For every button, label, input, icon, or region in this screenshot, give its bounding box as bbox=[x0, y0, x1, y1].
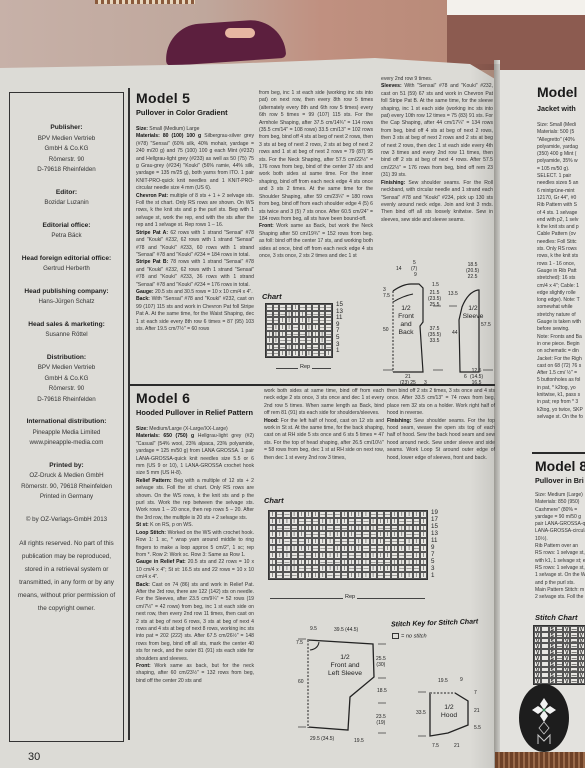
imprint-heading: Publisher: bbox=[10, 123, 123, 134]
chart-cell: — bbox=[279, 311, 286, 318]
instruction-paragraph: every 2nd row 9 times. bbox=[381, 76, 493, 83]
chart-cell: I bbox=[312, 331, 319, 338]
paragraph-text: Hellgrau-light grey (#2) "Casual" (54% w… bbox=[136, 433, 254, 476]
model8-instructions: Size: Medium (Large)Materials: 850 (950)… bbox=[535, 492, 585, 601]
chart-cell: I bbox=[319, 565, 326, 572]
model6-subtitle: Hooded Pullover in Relief Pattern bbox=[136, 408, 254, 418]
imprint-block: Editor:Bozidar Luzanin bbox=[10, 188, 123, 209]
section-divider bbox=[130, 384, 495, 386]
chart-cell: — bbox=[377, 545, 384, 552]
chart-cell: I bbox=[298, 559, 305, 566]
front-back-label: 1/2FrontandBack bbox=[398, 305, 414, 337]
text-line: cast on 68 (72) 76 s bbox=[537, 363, 585, 370]
chart-cell: — bbox=[370, 559, 377, 566]
chart-cell: — bbox=[325, 311, 332, 318]
text-line: SELECT. 1 pair bbox=[537, 173, 585, 180]
chart-cell: — bbox=[312, 311, 319, 318]
watermark-logo bbox=[519, 684, 569, 752]
chart-cell: — bbox=[348, 565, 355, 572]
dim-label: 1.5 bbox=[432, 282, 439, 288]
dim-label: 13.5 bbox=[448, 291, 458, 297]
chart-cell: I bbox=[319, 572, 326, 579]
chart-cell: I bbox=[286, 344, 293, 351]
text-line: Rib Pattern with S bbox=[537, 202, 585, 209]
model6-column-1: Model 6 Hooded Pullover in Relief Patter… bbox=[136, 390, 254, 685]
text-line: Note: Fronts and Ba bbox=[537, 334, 585, 341]
chart-cell: I bbox=[384, 518, 391, 525]
front-sleeve-label: 1/2Front andLeft Sleeve bbox=[320, 654, 370, 678]
chart-cell: I bbox=[326, 518, 333, 525]
chart-cell: — bbox=[312, 531, 319, 538]
chart-cell: I bbox=[286, 311, 293, 318]
paragraph-label: Stripe Pat A: bbox=[136, 230, 168, 236]
text-line: polyamide, yardag bbox=[537, 144, 585, 151]
chart-cell: I bbox=[273, 337, 280, 344]
chart-cell: I bbox=[334, 545, 341, 552]
chart-cell: I bbox=[420, 518, 427, 525]
dim-label: 21 bbox=[454, 743, 460, 749]
chart-cell: I bbox=[283, 531, 290, 538]
diamond-flower-icon bbox=[519, 684, 569, 752]
chart-cell: — bbox=[326, 545, 333, 552]
imprint-block: Head sales & marketing:Susanne Röttel bbox=[10, 320, 123, 341]
chart-cell: I bbox=[269, 552, 276, 559]
chart-cell: I bbox=[312, 572, 319, 579]
chart-cell: I bbox=[319, 337, 326, 344]
chart-cell: I bbox=[319, 538, 326, 545]
chart-cell: I bbox=[348, 559, 355, 566]
chart-cell: I bbox=[305, 538, 312, 545]
chart-cell: — bbox=[273, 350, 280, 357]
paragraph-label: Size: bbox=[136, 426, 148, 432]
chart-cell: I bbox=[273, 331, 280, 338]
chart-cell: I bbox=[286, 324, 293, 331]
chart-cell: — bbox=[312, 350, 319, 357]
chart-cell: I bbox=[276, 518, 283, 525]
chart-cell: — bbox=[305, 565, 312, 572]
chart-cell: I bbox=[341, 545, 348, 552]
chart-cell: — bbox=[319, 324, 326, 331]
chart-cell: — bbox=[276, 525, 283, 532]
chart-cell: I bbox=[276, 565, 283, 572]
chart-cell: — bbox=[405, 565, 412, 572]
chart-cell: I bbox=[341, 559, 348, 566]
paragraph-text: Work same as Back, but work the Neck Sha… bbox=[259, 223, 373, 259]
chart-cell: — bbox=[312, 317, 319, 324]
instruction-paragraph: Materials: 80 (100) 100 g Silbergrau-sil… bbox=[136, 133, 254, 192]
chart-cell: I bbox=[341, 518, 348, 525]
paragraph-text: every 2nd row 9 times. bbox=[381, 76, 432, 82]
text-line: Materials: 500 (5 bbox=[537, 129, 585, 136]
chart-cell: — bbox=[266, 304, 273, 311]
imprint-line: Pineapple Media Limited bbox=[10, 428, 123, 439]
chart-cell: — bbox=[298, 552, 305, 559]
text-line: polyamide, 35% w bbox=[537, 158, 585, 165]
instruction-paragraph: Back: With "Sensai" #78 and "Kouki" #232… bbox=[136, 296, 254, 333]
dim-label: 7 bbox=[474, 690, 477, 696]
imprint-line: BPV Medien Vertrieb bbox=[10, 363, 123, 374]
imprint-heading: International distribution: bbox=[10, 417, 123, 428]
chart-cell: I bbox=[413, 511, 420, 518]
chart-cell: — bbox=[413, 545, 420, 552]
chart-cell: I bbox=[370, 525, 377, 532]
chart-cell: I bbox=[370, 565, 377, 572]
chart-cell: I bbox=[291, 511, 298, 518]
chart-cell: I bbox=[341, 511, 348, 518]
text-line: 1 selvage st. On the W bbox=[535, 572, 585, 579]
text-line: Size: Small (Medi bbox=[537, 122, 585, 129]
text-line: rows, k the knit sts bbox=[537, 253, 585, 260]
model8-subtitle: Pullover in Bri bbox=[535, 476, 584, 485]
chart-cell: I bbox=[326, 565, 333, 572]
text-line: and p the purl sts. bbox=[535, 580, 585, 587]
model6-stitch-chart: I——IIII———IIII———IIIIIIIII———IIII———IIII… bbox=[268, 510, 428, 580]
chart-cell: — bbox=[319, 531, 326, 538]
paragraph-text: K on RS, p on WS. bbox=[149, 522, 193, 528]
paragraph-label: Sleeves: bbox=[381, 83, 402, 89]
text-line: with k1, 1 selvage st; e bbox=[535, 558, 585, 565]
paragraph-label: St st: bbox=[136, 522, 149, 528]
chart-cell: I bbox=[269, 572, 276, 579]
paragraph-text: Medium/Large (X-Large/XX-Large) bbox=[148, 426, 228, 432]
chart-cell: I bbox=[292, 304, 299, 311]
chart-cell: — bbox=[286, 304, 293, 311]
chart-cell: — bbox=[273, 344, 280, 351]
chart-cell: — bbox=[283, 511, 290, 518]
chart-cell: I bbox=[334, 518, 341, 525]
dim-label: 19.5 bbox=[354, 738, 364, 744]
imprint-heading: Editor: bbox=[10, 188, 123, 199]
chart-cell: — bbox=[305, 552, 312, 559]
chart-cell: — bbox=[305, 518, 312, 525]
chart-cell: — bbox=[355, 565, 362, 572]
text-line: sts. Only RS rows bbox=[537, 246, 585, 253]
row-number: 7 bbox=[431, 551, 438, 558]
dim-body: 37.5(35.5)33.5 bbox=[428, 326, 441, 344]
imprint-block: Editorial office:Petra Bäck bbox=[10, 221, 123, 242]
dim-lower: 23.5(19) bbox=[376, 714, 386, 726]
instruction-paragraph: Size: Medium/Large (X-Large/XX-Large) bbox=[136, 426, 254, 433]
chart-cell: I bbox=[398, 525, 405, 532]
chart-cell: I bbox=[326, 538, 333, 545]
chart-cell: — bbox=[325, 337, 332, 344]
chart-cell: I bbox=[276, 531, 283, 538]
chart-cell: — bbox=[299, 304, 306, 311]
chart-cell: I bbox=[269, 545, 276, 552]
text-line: Cashmere" (80% = bbox=[535, 507, 585, 514]
dim-label: 9 bbox=[460, 677, 463, 683]
paragraph-label: Materials: 80 (100) 100 g bbox=[136, 133, 201, 139]
chart-cell: I bbox=[291, 559, 298, 566]
chart-cell: I bbox=[420, 545, 427, 552]
chart-cell: — bbox=[298, 565, 305, 572]
chart-cell: I bbox=[348, 525, 355, 532]
chart-cell: I bbox=[420, 525, 427, 532]
chart-cell: — bbox=[312, 304, 319, 311]
chart-cell: — bbox=[279, 337, 286, 344]
chart-cell: I bbox=[286, 350, 293, 357]
chart-cell: I bbox=[283, 545, 290, 552]
text-line: Rib Pattern over an bbox=[535, 543, 585, 550]
model5-stitch-chart: ————I————————III——————IIIII————III—III——… bbox=[265, 303, 333, 358]
text-line: end with p2, 1 selv bbox=[537, 217, 585, 224]
chart-cell: I bbox=[398, 545, 405, 552]
chart-cell: I bbox=[370, 518, 377, 525]
chart-cell: — bbox=[305, 531, 312, 538]
chart-cell: I bbox=[391, 518, 398, 525]
text-line: in pat, * k2tog, yo bbox=[537, 385, 585, 392]
chart-cell: — bbox=[348, 552, 355, 559]
text-line: k2tog, yo twice, SKP bbox=[537, 407, 585, 414]
instruction-paragraph: Size: Small (Medium) Large bbox=[136, 126, 254, 133]
chart-cell: — bbox=[299, 331, 306, 338]
paragraph-text: from beg, inc 1 st each side (working in… bbox=[259, 90, 373, 222]
paragraph-text: Sew shoulder seams. For the Roll neckban… bbox=[381, 180, 493, 223]
rights-line: means, without prior permission of bbox=[10, 589, 123, 602]
paragraph-label: Finishing: bbox=[387, 418, 411, 424]
chart-cell: I bbox=[299, 317, 306, 324]
chart-cell: — bbox=[325, 304, 332, 311]
chart-cell: I bbox=[384, 531, 391, 538]
chart-cell: — bbox=[362, 531, 369, 538]
column-rule bbox=[128, 88, 130, 740]
paragraph-label: Gauge: bbox=[136, 289, 154, 295]
chart-cell: I bbox=[286, 317, 293, 324]
chart-cell: I bbox=[273, 324, 280, 331]
text-line: 10½). bbox=[535, 536, 585, 543]
text-line: rows 1 - 16 once, bbox=[537, 261, 585, 268]
chart-cell: — bbox=[279, 344, 286, 351]
chart-cell: I bbox=[298, 545, 305, 552]
instruction-paragraph: Chevron Pat: multiple of 8 sts + 1 + 2 s… bbox=[136, 193, 254, 230]
chart-cell: I bbox=[362, 559, 369, 566]
chart-cell: I bbox=[341, 565, 348, 572]
instruction-paragraph: Gauge: 20.5 sts and 30.5 rows = 10 x 10 … bbox=[136, 289, 254, 296]
model6-title: Model 6 bbox=[136, 390, 254, 406]
dim-sleeve-top: 18.5(20.5)22.5 bbox=[466, 262, 479, 280]
dim-label: 39.5 (44.5) bbox=[334, 627, 358, 633]
text-line: 12170, Gr 44", #0 bbox=[537, 195, 585, 202]
chart-cell: — bbox=[325, 317, 332, 324]
instruction-paragraph: Gauge in Relief Pat: 20.5 sts and 22 row… bbox=[136, 559, 254, 581]
chart-cell: I bbox=[292, 350, 299, 357]
paragraph-text: Silbergrau-silver grey (#78) "Sensai" (6… bbox=[136, 133, 254, 191]
chart-cell: — bbox=[312, 545, 319, 552]
chart-cell: I bbox=[269, 565, 276, 572]
chart-cell: I bbox=[362, 538, 369, 545]
dim-label: 19.5 bbox=[438, 678, 448, 684]
model6-rep-label: Rep bbox=[343, 594, 357, 600]
chart-cell: I bbox=[355, 511, 362, 518]
chart-cell: I bbox=[391, 531, 398, 538]
chart-cell: I bbox=[377, 565, 384, 572]
imprint-block: Printed by:OZ-Druck & Medien GmbHRömerst… bbox=[10, 461, 123, 503]
chart-cell: I bbox=[266, 344, 273, 351]
row-number: 1 bbox=[336, 348, 343, 355]
section-divider bbox=[532, 452, 585, 454]
chart-cell: I bbox=[391, 565, 398, 572]
model5-instructions: Size: Small (Medium) LargeMaterials: 80 … bbox=[136, 126, 254, 333]
chart-cell: — bbox=[312, 344, 319, 351]
chart-cell: — bbox=[286, 331, 293, 338]
text-line: After 1.5 cm/ ½" = bbox=[537, 370, 585, 377]
instruction-paragraph: Stripe Pat B: 78 rows with 1 strand "Sen… bbox=[136, 259, 254, 289]
model6-column-2: work both sides at same time, bind off f… bbox=[264, 388, 384, 462]
instruction-paragraph: Finishing: Sew shoulder seams. For the t… bbox=[387, 418, 495, 462]
chart-cell: I bbox=[384, 552, 391, 559]
text-line: yardage = 90 m/50 g bbox=[535, 514, 585, 521]
model6-column-3: then bind off 2 sts 2 times, 3 sts once … bbox=[387, 388, 495, 462]
chart-cell: — bbox=[413, 518, 420, 525]
chart-cell: I bbox=[355, 538, 362, 545]
dim-label: 44 bbox=[452, 330, 458, 336]
chart-cell: I bbox=[305, 572, 312, 579]
chart-cell: I bbox=[420, 565, 427, 572]
chart-cell: — bbox=[319, 317, 326, 324]
chart-cell: I bbox=[319, 344, 326, 351]
text-line: Materials: 850 (950) bbox=[535, 499, 585, 506]
chart-cell: — bbox=[326, 572, 333, 579]
row-number: 3 bbox=[431, 565, 438, 572]
chart-cell: I bbox=[413, 559, 420, 566]
chart-cell: — bbox=[325, 331, 332, 338]
chart-cell: — bbox=[283, 559, 290, 566]
chart-cell: — bbox=[326, 525, 333, 532]
paragraph-text: For the left half of hood, cast on 12 st… bbox=[264, 418, 384, 461]
paragraph-label: Stripe Pat B: bbox=[136, 259, 168, 265]
instruction-paragraph: Finishing: Sew shoulder seams. For the R… bbox=[381, 180, 493, 224]
model8-stitch-chart: VS—V—VVS—V—VVS—V—VVS—V—VVS—V—VVS—V—VVS—V… bbox=[533, 625, 585, 685]
imprint-heading: Distribution: bbox=[10, 353, 123, 364]
chart-cell: — bbox=[413, 565, 420, 572]
chart-cell: — bbox=[291, 538, 298, 545]
chart-cell: I bbox=[312, 559, 319, 566]
rights-line: stored in a retrieval system or bbox=[10, 563, 123, 576]
chart-cell: I bbox=[299, 311, 306, 318]
paragraph-label: Loop Stitch: bbox=[136, 530, 166, 536]
chart-cell: — bbox=[276, 545, 283, 552]
chart-cell: I bbox=[292, 317, 299, 324]
chart-cell: — bbox=[306, 311, 313, 318]
dim-label: 57.5 bbox=[481, 322, 491, 328]
chart-cell: I bbox=[413, 525, 420, 532]
imprint-line: Gertrud Herberth bbox=[10, 264, 123, 275]
dim-armhole: 21.5(23.5)25.5 bbox=[428, 290, 441, 308]
chart-cell: I bbox=[377, 518, 384, 525]
paragraph-text: 20.5 sts and 30.5 rows = 10 x 10 cm/4 x … bbox=[154, 289, 253, 295]
imprint-line: Printed in Germany bbox=[10, 492, 123, 503]
chart-cell: I bbox=[362, 572, 369, 579]
chart-cell: — bbox=[370, 531, 377, 538]
imprint-line: Bozidar Luzanin bbox=[10, 198, 123, 209]
chart-cell: I bbox=[279, 324, 286, 331]
paragraph-text: With "Sensai" #78 and "Kouki" #232, cast… bbox=[381, 83, 493, 178]
chart-cell: I bbox=[420, 559, 427, 566]
imprint-line: OZ-Druck & Medien GmbH bbox=[10, 471, 123, 482]
text-line: somewhat while bbox=[537, 304, 585, 311]
row-number: 9 bbox=[431, 544, 438, 551]
chart-cell: — bbox=[341, 552, 348, 559]
chart-cell: I bbox=[306, 324, 313, 331]
chart-cell: I bbox=[305, 545, 312, 552]
chart-cell: — bbox=[334, 559, 341, 566]
chart-cell: — bbox=[384, 572, 391, 579]
paragraph-label: Hood: bbox=[264, 418, 279, 424]
model5-chart-row-numbers: 15131197531 bbox=[336, 302, 343, 355]
chart-cell: — bbox=[276, 511, 283, 518]
chart-cell: I bbox=[341, 531, 348, 538]
paragraph-label: Relief Pattern: bbox=[136, 478, 172, 484]
text-line: stretchy nature of bbox=[537, 312, 585, 319]
chart-cell: I bbox=[292, 311, 299, 318]
chart-cell: — bbox=[384, 538, 391, 545]
rights-notice: All rights reserved. No part of thispubl… bbox=[10, 537, 123, 615]
instruction-paragraph: Materials: 650 (750) g Hellgrau-light gr… bbox=[136, 433, 254, 477]
chart-cell: I bbox=[291, 518, 298, 525]
chart-cell: — bbox=[391, 572, 398, 579]
text-line: Cable Pattern (ov bbox=[537, 231, 585, 238]
dim-label: 7.5 bbox=[432, 743, 439, 749]
chart-cell: I bbox=[405, 538, 412, 545]
chart-cell: — bbox=[298, 538, 305, 545]
chart-cell: — bbox=[266, 311, 273, 318]
chart-cell: I bbox=[362, 511, 369, 518]
dim-label: 5.5 bbox=[474, 725, 481, 731]
dim-label: 18.5 bbox=[377, 688, 387, 694]
chart-cell: I bbox=[292, 337, 299, 344]
chart-cell: — bbox=[334, 572, 341, 579]
paragraph-label: Back: bbox=[136, 296, 150, 302]
chart-cell: I bbox=[269, 531, 276, 538]
chart-cell: I bbox=[398, 531, 405, 538]
chart-cell: I bbox=[283, 565, 290, 572]
chart-cell: I bbox=[319, 552, 326, 559]
chart-cell: I bbox=[384, 565, 391, 572]
chart-cell: — bbox=[570, 678, 577, 684]
chart-cell: I bbox=[276, 538, 283, 545]
row-number: 17 bbox=[431, 516, 438, 523]
chart-cell: I bbox=[362, 525, 369, 532]
chart-cell: I bbox=[283, 518, 290, 525]
chart-cell: I bbox=[325, 350, 332, 357]
model5-subtitle: Pullover in Color Gradient bbox=[136, 108, 254, 118]
instruction-paragraph: Back: Cast on 74 (86) sts and work in Re… bbox=[136, 582, 254, 663]
chart-cell: I bbox=[398, 572, 405, 579]
model5-chart-title: Chart bbox=[262, 292, 282, 301]
chart-cell: I bbox=[269, 518, 276, 525]
chart-cell: — bbox=[306, 304, 313, 311]
paragraph-text: then bind off 2 sts 2 times, 3 sts once … bbox=[387, 388, 495, 416]
instruction-paragraph: from beg, inc 1 st each side (working in… bbox=[259, 90, 373, 223]
text-line: pair LANA-GROSSA-q bbox=[535, 521, 585, 528]
chart-cell: — bbox=[283, 538, 290, 545]
imprint-line: Petra Bäck bbox=[10, 231, 123, 242]
imprint-heading: Head publishing company: bbox=[10, 287, 123, 298]
chart-cell: I bbox=[291, 565, 298, 572]
chart-cell: I bbox=[405, 511, 412, 518]
chart-cell: — bbox=[377, 511, 384, 518]
chart-cell: — bbox=[291, 525, 298, 532]
chart-cell: I bbox=[334, 552, 341, 559]
chart-cell: I bbox=[306, 317, 313, 324]
rights-line: transmitted, in any form or by any bbox=[10, 576, 123, 589]
chart-cell: I bbox=[269, 559, 276, 566]
row-number: 13 bbox=[431, 530, 438, 537]
paragraph-text: With "Sensai" #78 and "Kouki" #232, cast… bbox=[136, 296, 254, 332]
text-line: edge slightly rolle bbox=[537, 290, 585, 297]
chart-cell: I bbox=[312, 552, 319, 559]
chart-cell: I bbox=[355, 525, 362, 532]
